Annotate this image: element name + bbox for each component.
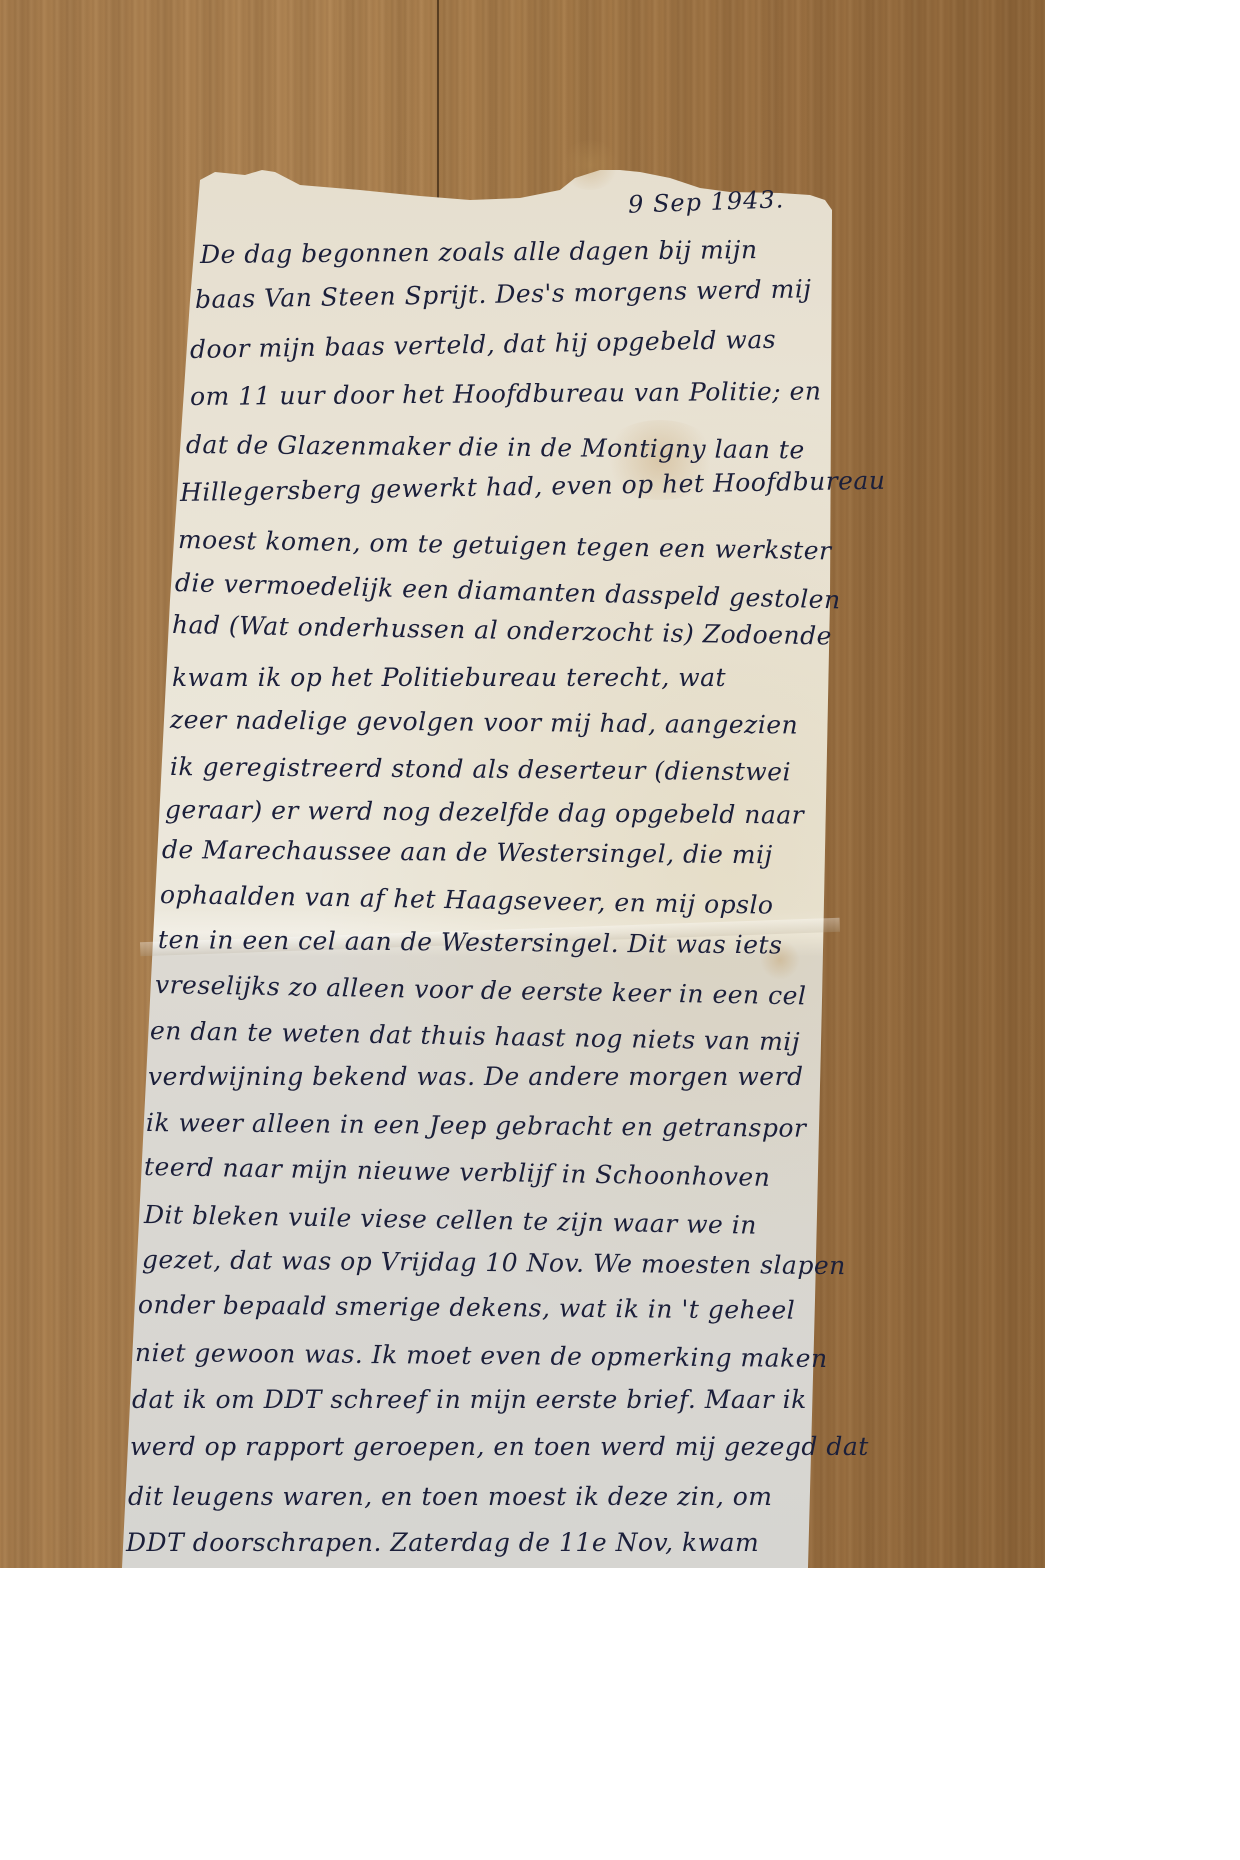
letter-line: ophaalden van af het Haagseveer, en mij … [160,880,774,920]
letter-line: door mijn baas verteld, dat hij opgebeld… [190,325,777,364]
letter-line: ik weer alleen in een Jeep gebracht en g… [146,1108,807,1143]
letter-line: ten in een cel aan de Westersingel. Dit … [158,925,783,959]
letter-line: die vermoedelijk een diamanten dasspeld … [175,568,841,614]
handwritten-letter: 9 Sep 1943. De dag begonnen zoals alle d… [0,0,1045,1568]
letter-line: had (Wat onderhussen al onderzocht is) Z… [172,610,832,651]
letter-line: gezet, dat was op Vrijdag 10 Nov. We moe… [142,1245,846,1280]
letter-line: niet gewoon was. Ik moet even de opmerki… [135,1338,828,1373]
letter-line: werd op rapport geroepen, en toen werd m… [130,1432,869,1461]
letter-line: dat ik om DDT schreef in mijn eerste bri… [132,1385,807,1414]
letter-line: dit leugens waren, en toen moest ik deze… [128,1482,772,1511]
letter-line: kwam ik op het Politiebureau terecht, wa… [172,663,726,692]
letter-date: 9 Sep 1943. [628,185,785,218]
letter-line: Hillegersberg gewerkt had, even op het H… [180,466,886,507]
letter-line: moest komen, om te getuigen tegen een we… [178,525,832,565]
letter-line: dat de Glazenmaker die in de Montigny la… [186,430,805,464]
letter-line: en dan te weten dat thuis haast nog niet… [150,1016,801,1056]
letter-line: om 11 uur door het Hoofdbureau van Polit… [190,376,822,411]
letter-line: De dag begonnen zoals alle dagen bij mij… [200,235,758,269]
letter-line: onder bepaald smerige dekens, wat ik in … [138,1290,796,1325]
letter-line: vreselijks zo alleen voor de eerste keer… [155,970,807,1010]
letter-line: geraar) er werd nog dezelfde dag opgebel… [165,795,804,830]
letter-line: Dit bleken vuile viese cellen te zijn wa… [144,1200,757,1240]
letter-line: DDT doorschrapen. Zaterdag de 11e Nov, k… [126,1528,759,1557]
letter-line: teerd naar mijn nieuwe verblijf in Schoo… [144,1152,771,1192]
letter-line: de Marechaussee aan de Westersingel, die… [162,835,773,869]
letter-line: zeer nadelige gevolgen voor mij had, aan… [170,705,798,739]
letter-line: ik geregistreerd stond als deserteur (di… [170,752,791,786]
letter-line: baas Van Steen Sprijt. Des's morgens wer… [195,274,812,314]
letter-line: verdwijning bekend was. De andere morgen… [148,1062,803,1091]
